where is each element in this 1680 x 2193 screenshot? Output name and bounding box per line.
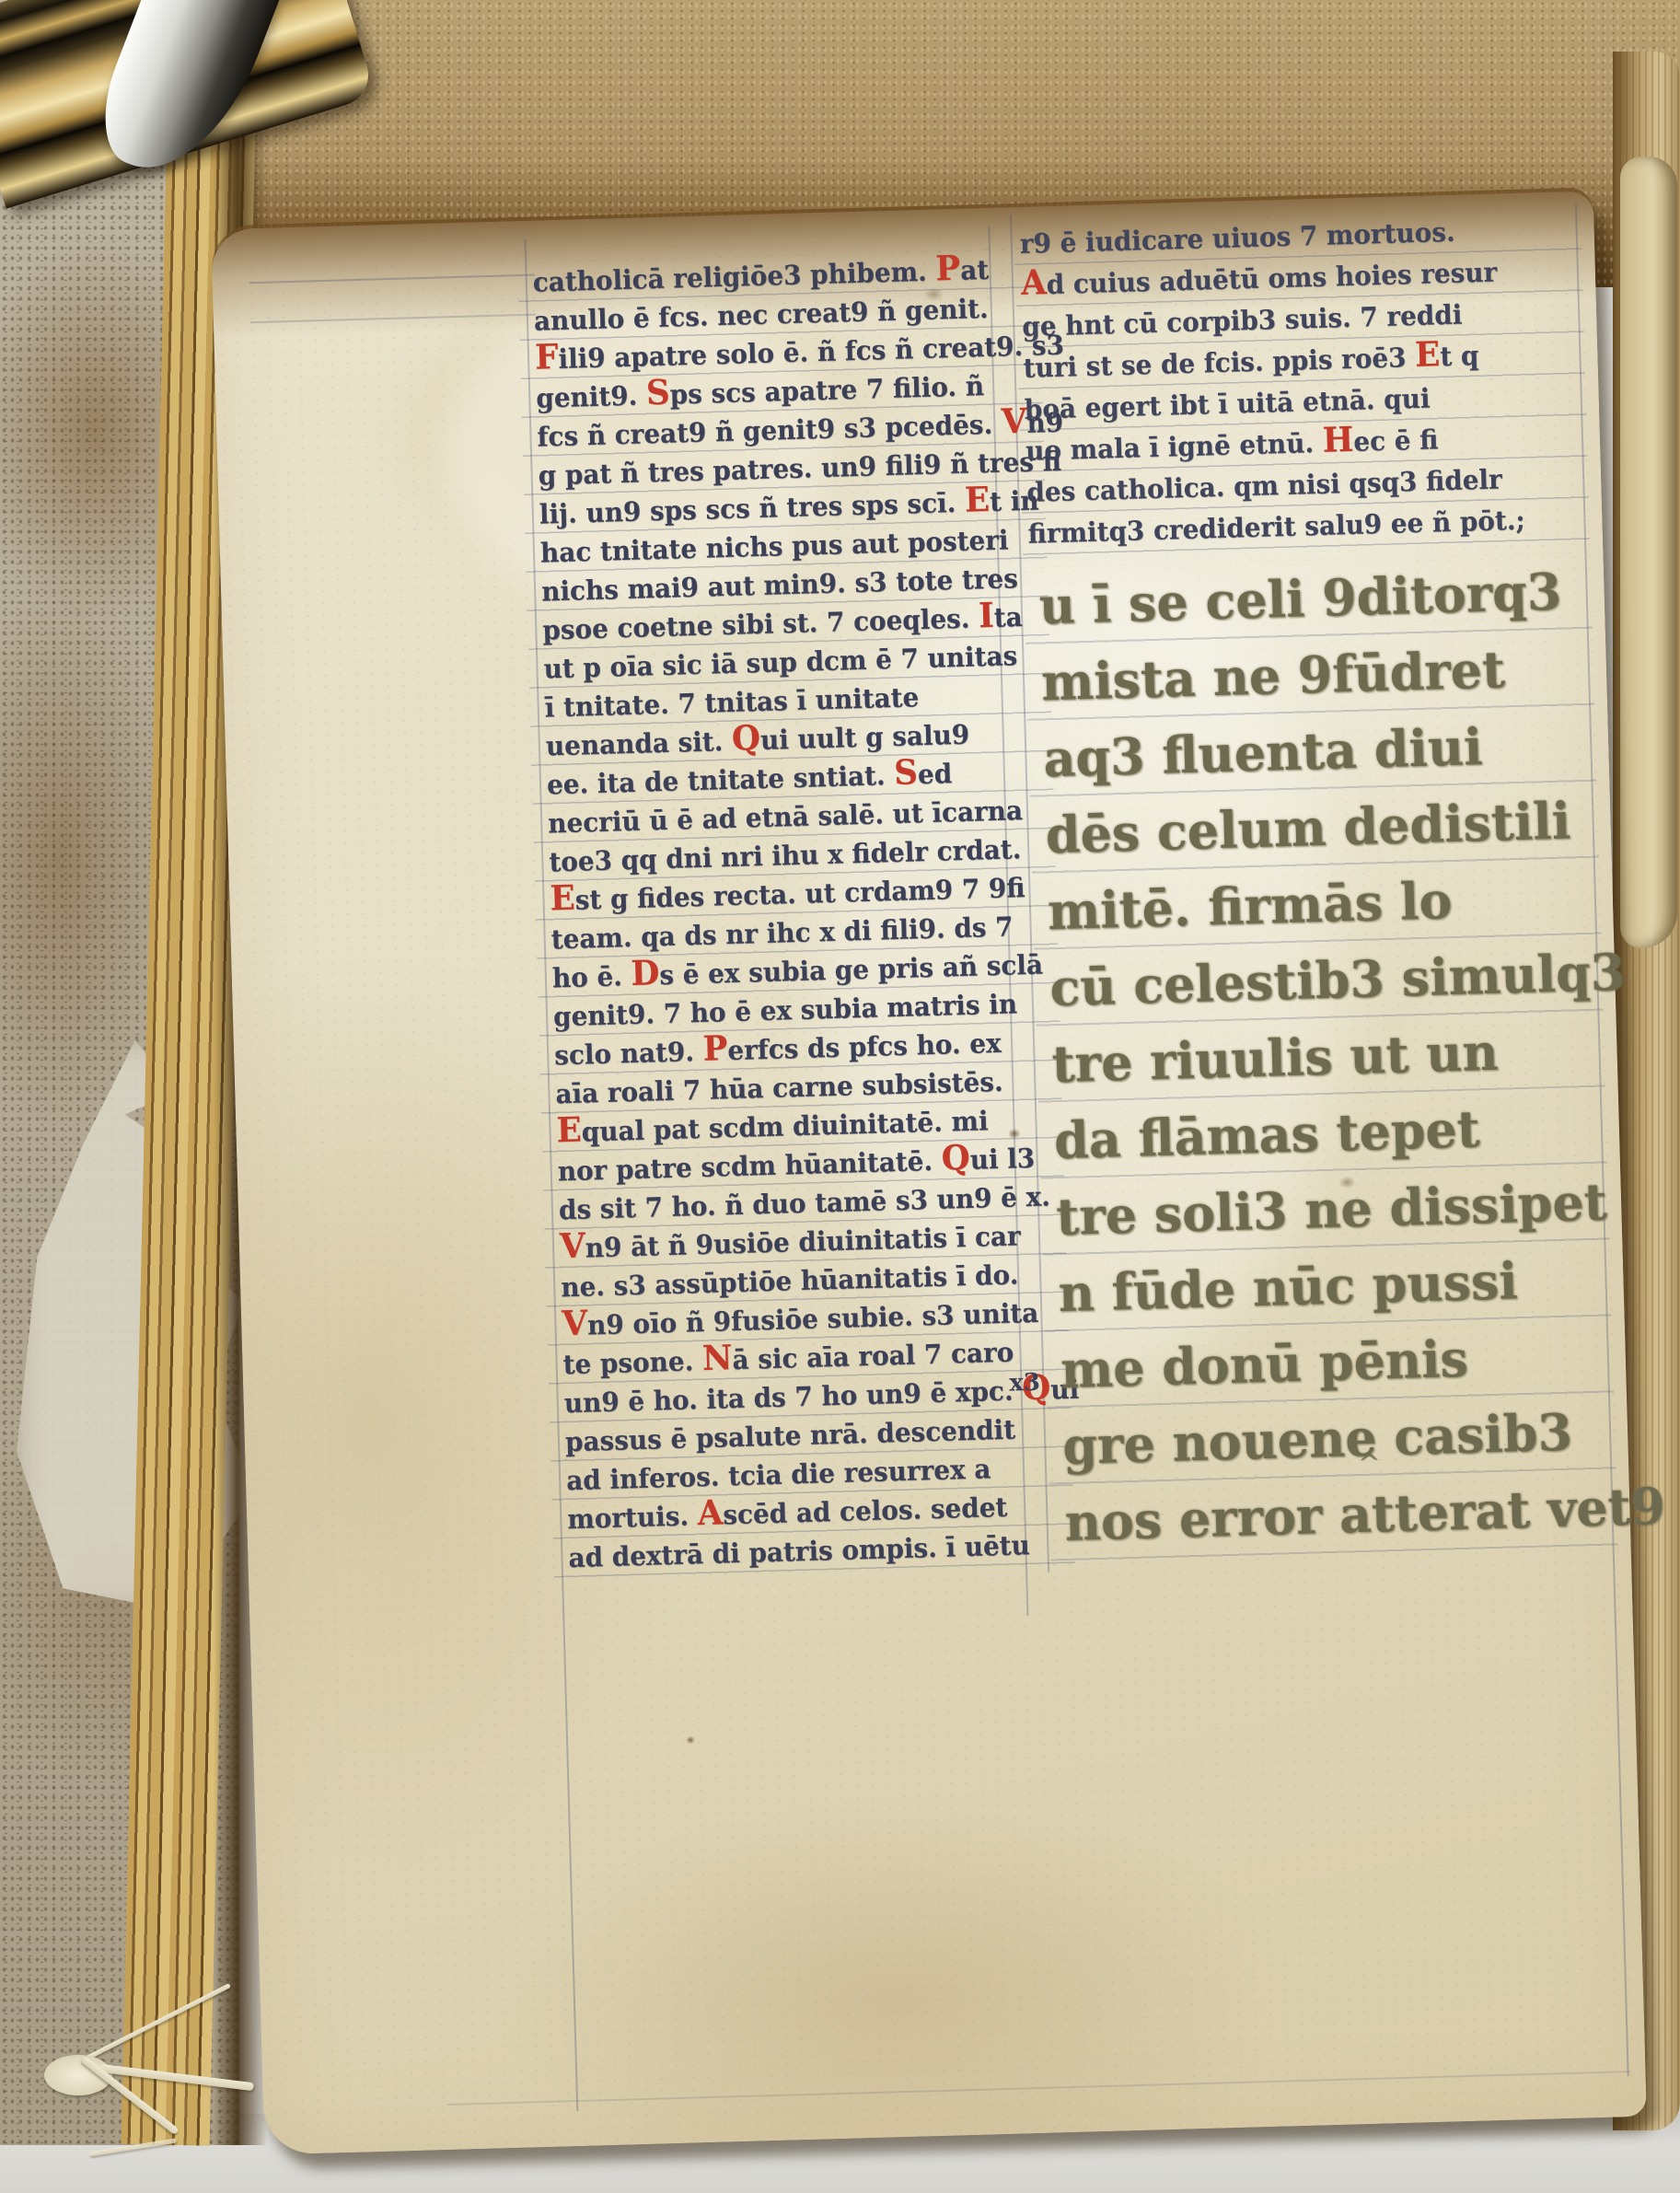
ink-text: ta	[993, 601, 1023, 633]
ink-text: aq3 fluenta diui	[1043, 716, 1484, 788]
rubric-initial: Q	[731, 717, 760, 759]
ink-text: ā sic aīa roal 7 caro	[732, 1337, 1014, 1376]
caret-mark: ^	[1358, 1447, 1382, 1480]
ink-text: mitē. firmās lo	[1047, 870, 1453, 941]
rubric-initial: N	[701, 1337, 733, 1378]
rubric-initial: Q	[941, 1137, 970, 1178]
manuscript-photo: catholicā religiōe3 phibem. Patanullo ē …	[0, 0, 1680, 2193]
rubric-initial: I	[978, 595, 994, 635]
creed-column-right: r9 ē iudicare uiuos 7 mortuos.Ad cuius a…	[1019, 210, 1505, 554]
ink-text: firmitq3 crediderit salu9 ee ñ pōt.;	[1027, 505, 1525, 550]
ink-text: ge hnt cū corpib3 suis. 7 reddi	[1022, 298, 1463, 342]
ink-text: te psone.	[562, 1345, 702, 1380]
ink-text: n fūde nūc pussi	[1058, 1250, 1519, 1323]
ink-text: da flāmas tepet	[1053, 1098, 1480, 1170]
rubric-initial: D	[631, 952, 660, 993]
ink-text: erfcs ds pfcs ho. ex	[727, 1027, 1002, 1066]
ink-text: ī tnitate. 7 tnitas ī unitate	[544, 681, 919, 723]
manuscript-page: catholicā religiōe3 phibem. Patanullo ē …	[211, 191, 1647, 2154]
ink-text: scēd ad celos. sedet	[723, 1491, 1008, 1531]
ink-text: tre riuulis ut un	[1051, 1022, 1500, 1095]
ink-text: ed	[918, 758, 953, 790]
ink-text: r9 ē iudicare uiuos 7 mortuos.	[1019, 216, 1455, 260]
rubric-initial: V	[559, 1224, 585, 1266]
rubric-initial: S	[645, 372, 670, 413]
ink-text: ui l3	[969, 1143, 1035, 1176]
creed-column-left: catholicā religiōe3 phibem. Patanullo ē …	[532, 249, 1046, 1577]
ink-text: uenanda sit.	[545, 725, 732, 762]
ink-text: ui uult g salu9	[760, 719, 970, 756]
bottom-crease-rule	[447, 2071, 1631, 2106]
ink-text: ho ē.	[551, 960, 631, 993]
rubric-initial: P	[702, 1027, 728, 1069]
rubric-initial: P	[935, 248, 961, 289]
ink-text: cū celestib3 simulq3	[1049, 942, 1627, 1017]
rubric-initial: V	[1001, 400, 1027, 442]
ink-text: at	[960, 254, 990, 286]
ink-text: boā egert ibt ī uitā etnā. qui	[1024, 382, 1430, 424]
rubric-initial: E	[550, 877, 575, 919]
rubric-initial: S	[894, 751, 919, 793]
ink-text: turi st se de fcis. ppis roē3	[1023, 342, 1415, 384]
rubric-initial: E	[556, 1109, 582, 1151]
rubric-initial: H	[1322, 419, 1354, 460]
ink-text: u ī se celi 9ditorq3	[1038, 562, 1562, 636]
ink-text: sclo nat9.	[554, 1036, 703, 1071]
ink-text: gre nouene casib3	[1061, 1402, 1572, 1476]
rubric-initial: E	[964, 479, 990, 520]
ink-text: ps scs apatre 7 filio. ñ	[669, 370, 984, 411]
ink-text: mortuis.	[567, 1500, 698, 1535]
rolled-page-edge	[1620, 157, 1677, 948]
ink-text: dēs celum dedistili	[1045, 790, 1571, 864]
rubric-initial: F	[534, 336, 559, 377]
rubric-initial: A	[697, 1491, 724, 1533]
manuscript-line: nos error atterat vet9	[1063, 1469, 1606, 1561]
ink-text: nos error atterat vet9	[1064, 1476, 1666, 1552]
ink-text: mista ne 9fūdret	[1040, 639, 1505, 712]
ink-text: ee. ita de tnitate sntiat.	[547, 760, 895, 801]
ink-text: tre soli3 ne dissipet	[1055, 1171, 1607, 1247]
ink-text: t q	[1440, 340, 1479, 372]
ink-text: uo mala ī ignē etnū.	[1025, 427, 1324, 467]
ink-text: d cuius aduētū oms hoies resur	[1046, 256, 1497, 300]
marginal-gloss: x3	[1009, 1369, 1040, 1398]
faded-hymn-column: u ī se celi 9ditorq3mista ne 9fūdretaq3 …	[1038, 552, 1607, 1561]
ink-spot	[686, 1735, 695, 1744]
ink-text: genit9.	[536, 379, 647, 413]
ink-text: ec ē fi	[1353, 424, 1439, 458]
ink-text: me donū pēnis	[1060, 1329, 1469, 1399]
rubric-initial: A	[1020, 261, 1047, 303]
rubric-initial: V	[562, 1302, 588, 1343]
rubric-initial: E	[1414, 333, 1440, 375]
